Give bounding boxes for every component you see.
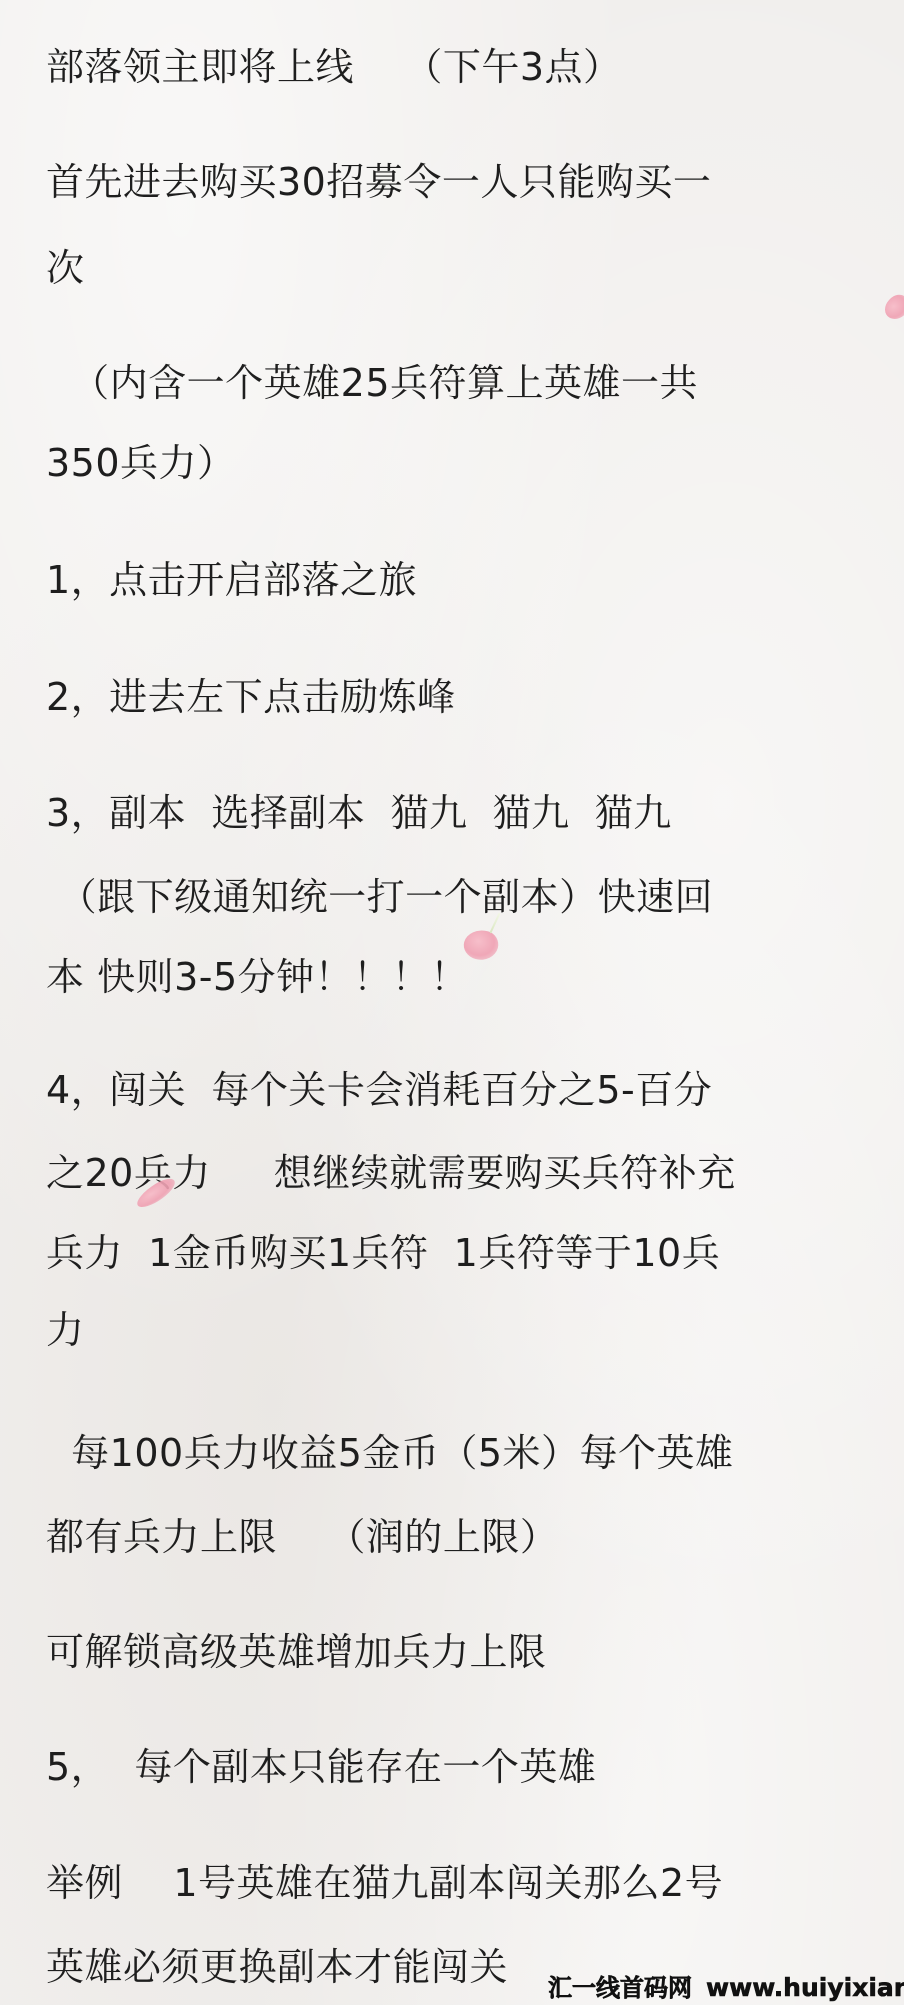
text-line: 次 [46, 245, 85, 291]
step-5-line: 5， 每个副本只能存在一个英雄 [46, 1744, 596, 1790]
text-line: 英雄必须更换副本才能闯关 [46, 1944, 508, 1990]
text-line: 兵力 1金币购买1兵符 1兵符等于10兵 [46, 1230, 720, 1276]
text-line: （跟下级通知统一打一个副本）快速回 [46, 874, 713, 920]
text-line-title: 部落领主即将上线 （下午3点） [46, 44, 622, 90]
step-2-line: 2，进去左下点击励炼峰 [46, 674, 456, 720]
watermark-site-name: 汇一线首码网 [548, 1974, 692, 2002]
step-1-line: 1，点击开启部落之旅 [46, 557, 417, 603]
watermark: 汇一线首码网www.huiyixian.com [548, 1968, 904, 2003]
text-line: 350兵力） [46, 440, 236, 486]
text-line: 首先进去购买30招募令一人只能购买一 [46, 159, 711, 205]
step-4-line: 4，闯关 每个关卡会消耗百分之5-百分 [46, 1067, 712, 1113]
document-page: 部落领主即将上线 （下午3点） 首先进去购买30招募令一人只能购买一 次 （内含… [0, 0, 904, 2005]
example-line: 举例 1号英雄在猫九副本闯关那么2号 [46, 1860, 723, 1906]
text-line: 可解锁高级英雄增加兵力上限 [46, 1629, 547, 1675]
text-line: （内含一个英雄25兵符算上英雄一共 [46, 360, 698, 406]
text-line: 本 快则3-5分钟！！！！ [46, 954, 469, 1000]
text-line: 都有兵力上限 （润的上限） [46, 1514, 558, 1560]
petal-icon [880, 291, 904, 323]
watermark-url: www.huiyixian.com [706, 1973, 904, 2002]
step-3-line: 3，副本 选择副本 猫九 猫九 猫九 [46, 790, 672, 836]
text-line: 每100兵力收益5金币（5米）每个英雄 [46, 1430, 734, 1476]
text-line: 力 [46, 1307, 85, 1353]
